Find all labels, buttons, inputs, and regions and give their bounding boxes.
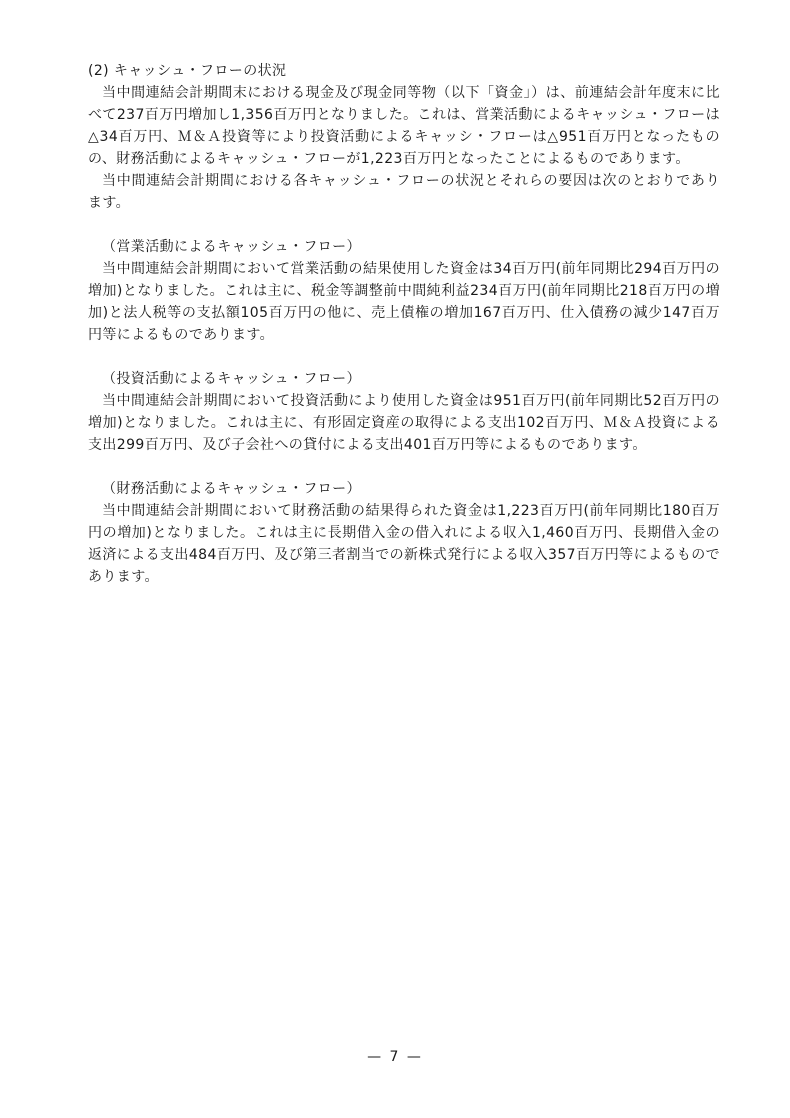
section-body-investing: 当中間連結会計期間において投資活動により使用した資金は951百万円(前年同期比5… bbox=[88, 390, 720, 456]
section-financing-cash-flow: （財務活動によるキャッシュ・フロー） 当中間連結会計期間において財務活動の結果得… bbox=[88, 478, 720, 588]
section-investing-cash-flow: （投資活動によるキャッシュ・フロー） 当中間連結会計期間において投資活動により使… bbox=[88, 368, 720, 456]
intro-paragraph-2: 当中間連結会計期間における各キャッシュ・フローの状況とそれらの要因は次のとおりで… bbox=[88, 170, 720, 214]
section-title-investing: （投資活動によるキャッシュ・フロー） bbox=[88, 368, 720, 390]
page-number: — 7 — bbox=[0, 1046, 790, 1068]
document-body: (2) キャッシュ・フローの状況 当中間連結会計期間末における現金及び現金同等物… bbox=[88, 60, 720, 588]
section-body-financing: 当中間連結会計期間において財務活動の結果得られた資金は1,223百万円(前年同期… bbox=[88, 500, 720, 588]
intro-paragraph-1: 当中間連結会計期間末における現金及び現金同等物（以下「資金」）は、前連結会計年度… bbox=[88, 82, 720, 170]
document-page: (2) キャッシュ・フローの状況 当中間連結会計期間末における現金及び現金同等物… bbox=[0, 0, 790, 1118]
section-body-operating: 当中間連結会計期間において営業活動の結果使用した資金は34百万円(前年同期比29… bbox=[88, 258, 720, 346]
section-title-financing: （財務活動によるキャッシュ・フロー） bbox=[88, 478, 720, 500]
section-title-operating: （営業活動によるキャッシュ・フロー） bbox=[88, 236, 720, 258]
cash-flow-status-heading: (2) キャッシュ・フローの状況 bbox=[88, 60, 720, 82]
section-operating-cash-flow: （営業活動によるキャッシュ・フロー） 当中間連結会計期間において営業活動の結果使… bbox=[88, 236, 720, 346]
